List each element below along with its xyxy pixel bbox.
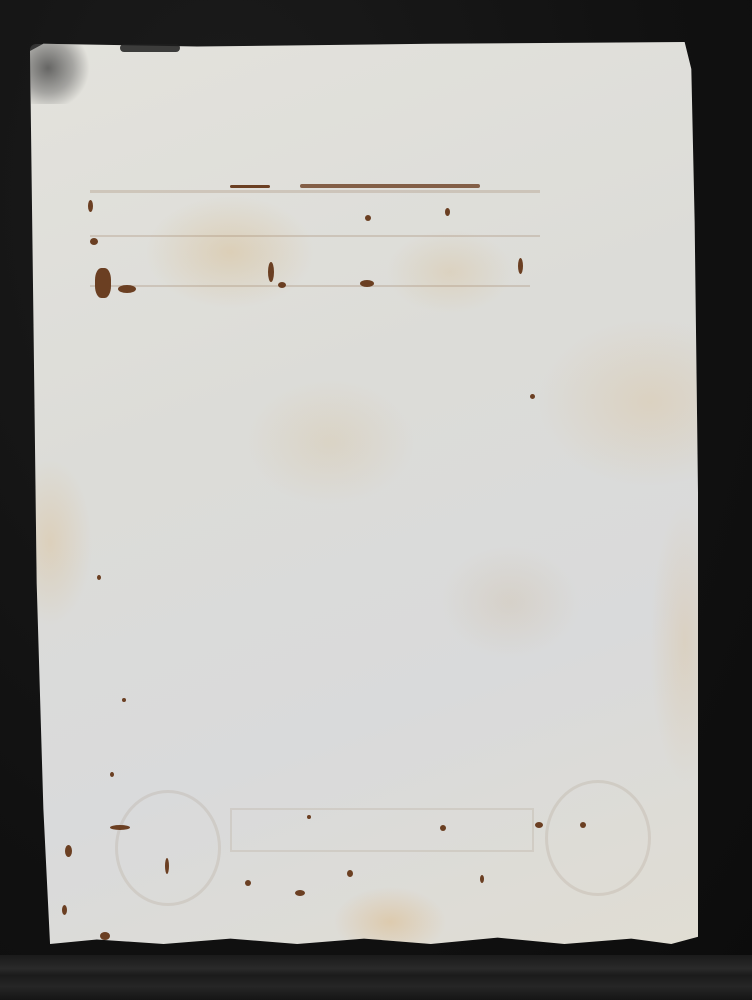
foxing-spot [480,875,484,883]
foxing-spot [97,575,101,580]
foxing-spot [122,698,126,702]
foxing-spot [518,258,523,274]
foxing-spot [268,262,274,282]
foxing-spot [110,772,114,777]
value-label-show-through [230,808,534,852]
foxing-spot [440,825,446,831]
foxing-spot [62,905,67,915]
foxing-spot [65,845,72,857]
foxing-spot [535,822,543,828]
foxing-spot [245,880,251,886]
foxing-spot [88,200,93,212]
foxing-spot [307,815,311,819]
value-tablet-left-show-through [115,790,221,906]
foxing-spot [165,858,169,874]
foxing-spot [445,208,450,216]
foxing-spot [295,890,305,896]
foxing-spot [100,932,110,940]
foxing-spot [580,822,586,828]
value-tablet-right-show-through [545,780,651,896]
top-edge-thin-spot [120,44,180,52]
corner-damage [30,44,90,104]
foxing-spot [365,215,371,221]
foxing-spot [230,185,270,188]
frame-show-through-top [90,190,540,193]
foxing-spot [530,394,535,399]
foxing-spot [278,282,286,288]
foxing-spot [110,825,130,830]
foxing-spot [360,280,374,287]
foxing-spot [347,870,353,877]
frame-show-through-low [90,285,530,287]
mount-strip [0,955,752,1000]
foxing-spot [118,285,136,293]
foxing-spot [300,184,480,188]
foxing-spot [95,268,111,298]
frame-show-through-mid [90,235,540,237]
foxing-spot [90,238,98,245]
